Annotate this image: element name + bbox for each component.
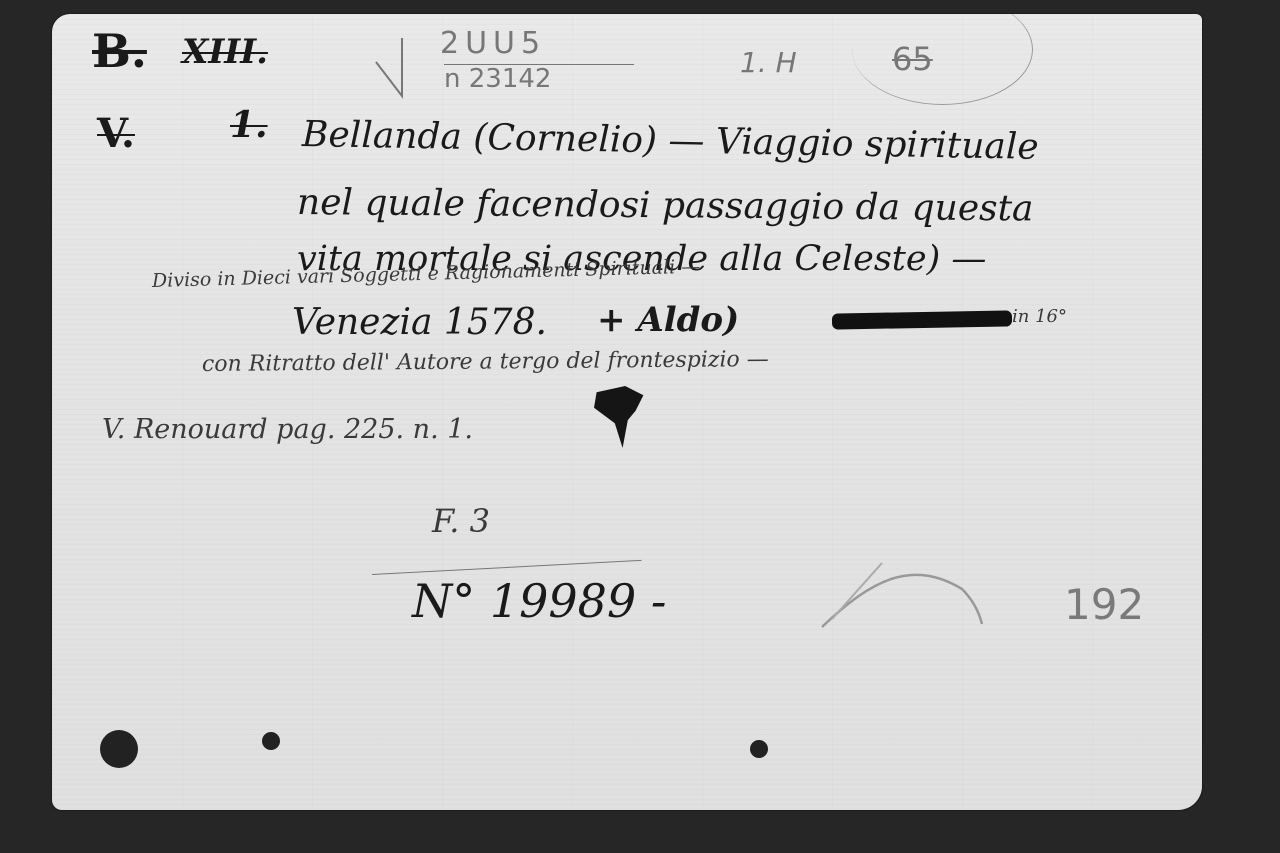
entry-place-year: Venezia 1578.	[292, 302, 547, 343]
entry-format: in 16°	[1012, 306, 1067, 327]
pencil-number-top: 2UU5	[440, 26, 546, 61]
pencil-check-icon	[372, 34, 412, 104]
fascicle-mark: F. 3	[432, 502, 490, 540]
punch-hole-large	[100, 730, 138, 768]
divider-bottom	[372, 560, 642, 575]
entry-line-1: Bellanda (Cornelio) — Viaggio spirituale	[302, 114, 1039, 168]
reference-renouard: V. Renouard pag. 225. n. 1.	[102, 414, 473, 445]
entry-line-2: nel quale facendosi passaggio da questa	[297, 182, 1034, 229]
punch-hole-small	[262, 732, 280, 750]
pencil-number-192: 192	[1064, 580, 1144, 629]
pencil-mark-top-right: 1. H	[740, 46, 797, 79]
shelfmark-b: B.	[92, 24, 147, 78]
shelfmark-roman: XIII.	[182, 32, 268, 72]
ink-blot	[594, 386, 646, 448]
redacted-text	[832, 310, 1012, 329]
entry-portrait-note: con Ritratto dell' Autore a tergo del fr…	[202, 347, 769, 377]
catalog-card: B. XIII. V. 1. 2UU5 n 23142 1. H 65 Bell…	[52, 14, 1202, 810]
inventory-number: N° 19989 -	[412, 574, 666, 628]
entry-number: 1.	[230, 104, 268, 146]
pencil-curve-mark	[812, 549, 992, 649]
punch-hole-small-2	[750, 740, 768, 758]
pencil-circle-mark	[852, 14, 1033, 105]
entry-printer: + Aldo)	[597, 300, 739, 340]
pencil-number-second: n 23142	[444, 64, 551, 94]
shelfmark-v: V.	[97, 110, 135, 157]
